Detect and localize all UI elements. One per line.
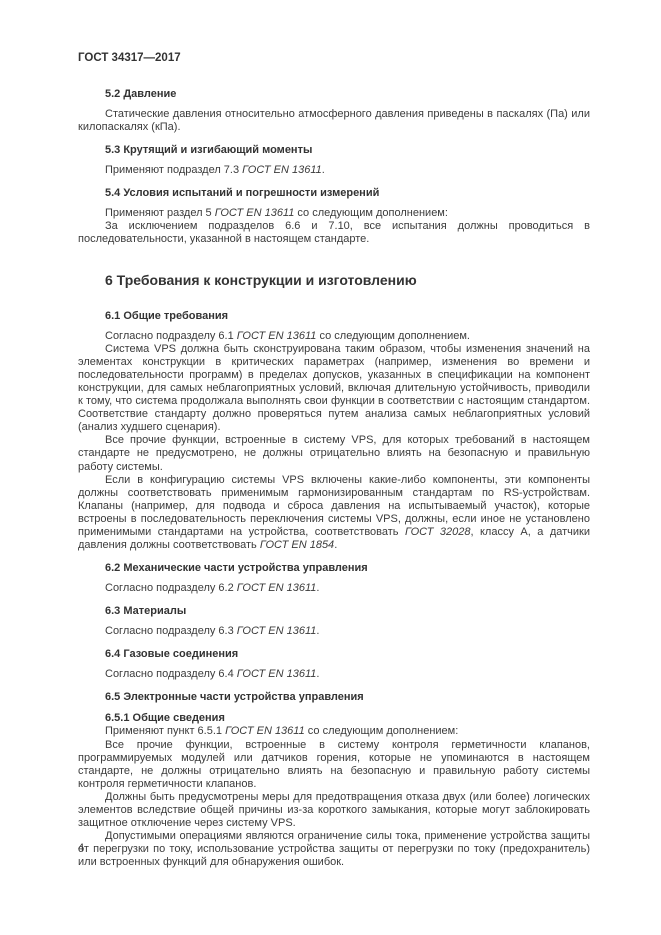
page-number: 4 <box>78 842 84 854</box>
text-run: Согласно подразделу 6.1 <box>105 330 237 342</box>
text-run: . <box>316 582 319 594</box>
text-run: 5.2 Давление <box>105 88 176 100</box>
document-page: { "page": { "header": "ГОСТ 34317—2017",… <box>0 0 661 935</box>
text-run: За исключением подразделов 6.6 и 7.10, в… <box>78 220 590 245</box>
text-run: Статические давления относительно атмосф… <box>78 108 590 133</box>
text-run: 6.5 Электронные части устройства управле… <box>105 691 364 703</box>
para-6-5-1-1: Применяют пункт 6.5.1 ГОСТ EN 13611 со с… <box>78 725 590 738</box>
standard-reference: ГОСТ EN 13611 <box>237 330 317 342</box>
text-run: . <box>334 539 337 551</box>
standard-reference: ГОСТ EN 13611 <box>237 582 317 594</box>
text-run: Допустимыми операциями являются ограниче… <box>78 830 590 868</box>
text-run: Согласно подразделу 6.3 <box>105 625 237 637</box>
text-run: . <box>316 625 319 637</box>
heading-6: 6 Требования к конструкции и изготовлени… <box>78 272 590 289</box>
text-run: Все прочие функции, встроенные в систему… <box>78 739 590 790</box>
para-6-4: Согласно подразделу 6.4 ГОСТ EN 13611. <box>78 668 590 681</box>
text-run: Применяют пункт 6.5.1 <box>105 725 225 737</box>
para-6-3: Согласно подразделу 6.3 ГОСТ EN 13611. <box>78 625 590 638</box>
text-run: Согласно подразделу 6.4 <box>105 668 237 680</box>
heading-5-4: 5.4 Условия испытаний и погрешности изме… <box>78 187 590 200</box>
standard-reference: ГОСТ EN 13611 <box>215 207 295 219</box>
text-run: 6 Требования к конструкции и изготовлени… <box>105 272 417 288</box>
para-6-1-3: Все прочие функции, встроенные в систему… <box>78 434 590 473</box>
heading-6-5: 6.5 Электронные части устройства управле… <box>78 691 590 704</box>
heading-6-4: 6.4 Газовые соединения <box>78 648 590 661</box>
para-6-5-1-4: Допустимыми операциями являются ограниче… <box>78 830 590 869</box>
para-6-1-1: Согласно подразделу 6.1 ГОСТ EN 13611 со… <box>78 330 590 343</box>
heading-6-3: 6.3 Материалы <box>78 605 590 618</box>
text-run: 6.4 Газовые соединения <box>105 648 238 660</box>
text-run: 5.3 Крутящий и изгибающий моменты <box>105 144 312 156</box>
text-run: со следующим дополнением: <box>305 725 459 737</box>
text-run: . <box>322 164 325 176</box>
text-run: со следующим дополнением. <box>316 330 470 342</box>
standard-reference: ГОСТ EN 1854 <box>260 539 334 551</box>
document-body: 5.2 ДавлениеСтатические давления относит… <box>78 88 590 869</box>
text-run: . <box>316 668 319 680</box>
standard-reference: ГОСТ EN 13611 <box>237 625 317 637</box>
standard-reference: ГОСТ EN 13611 <box>237 668 317 680</box>
text-run: Система VPS должна быть сконструирована … <box>78 343 590 434</box>
heading-6-5-1: 6.5.1 Общие сведения <box>78 712 590 725</box>
text-run: 6.2 Механические части устройства управл… <box>105 562 368 574</box>
standard-reference: ГОСТ 32028 <box>405 526 471 538</box>
text-run: 6.1 Общие требования <box>105 310 228 322</box>
para-6-1-4: Если в конфигурацию системы VPS включены… <box>78 474 590 553</box>
text-run: Применяют подраздел 7.3 <box>105 164 242 176</box>
document-header: ГОСТ 34317—2017 <box>78 52 590 64</box>
heading-5-2: 5.2 Давление <box>78 88 590 101</box>
para-5-3: Применяют подраздел 7.3 ГОСТ EN 13611. <box>78 164 590 177</box>
para-6-2: Согласно подразделу 6.2 ГОСТ EN 13611. <box>78 582 590 595</box>
para-5-2: Статические давления относительно атмосф… <box>78 108 590 134</box>
heading-6-2: 6.2 Механические части устройства управл… <box>78 562 590 575</box>
heading-6-1: 6.1 Общие требования <box>78 310 590 323</box>
page-sheet: ГОСТ 34317—2017 5.2 ДавлениеСтатические … <box>0 0 661 935</box>
heading-5-3: 5.3 Крутящий и изгибающий моменты <box>78 144 590 157</box>
standard-reference: ГОСТ EN 13611 <box>242 164 322 176</box>
text-run: 6.5.1 Общие сведения <box>105 712 225 724</box>
text-run: Должны быть предусмотрены меры для предо… <box>78 791 590 829</box>
para-6-5-1-2: Все прочие функции, встроенные в систему… <box>78 739 590 791</box>
text-run: 6.3 Материалы <box>105 605 186 617</box>
para-6-5-1-3: Должны быть предусмотрены меры для предо… <box>78 791 590 830</box>
standard-reference: ГОСТ EN 13611 <box>225 725 305 737</box>
para-5-4-1: Применяют раздел 5 ГОСТ EN 13611 со след… <box>78 207 590 220</box>
text-run: 5.4 Условия испытаний и погрешности изме… <box>105 187 379 199</box>
para-6-1-2: Система VPS должна быть сконструирована … <box>78 343 590 435</box>
para-5-4-2: За исключением подразделов 6.6 и 7.10, в… <box>78 220 590 246</box>
text-run: со следующим дополнением: <box>294 207 448 219</box>
text-run: Применяют раздел 5 <box>105 207 215 219</box>
text-run: Согласно подразделу 6.2 <box>105 582 237 594</box>
text-run: Все прочие функции, встроенные в систему… <box>78 434 590 472</box>
